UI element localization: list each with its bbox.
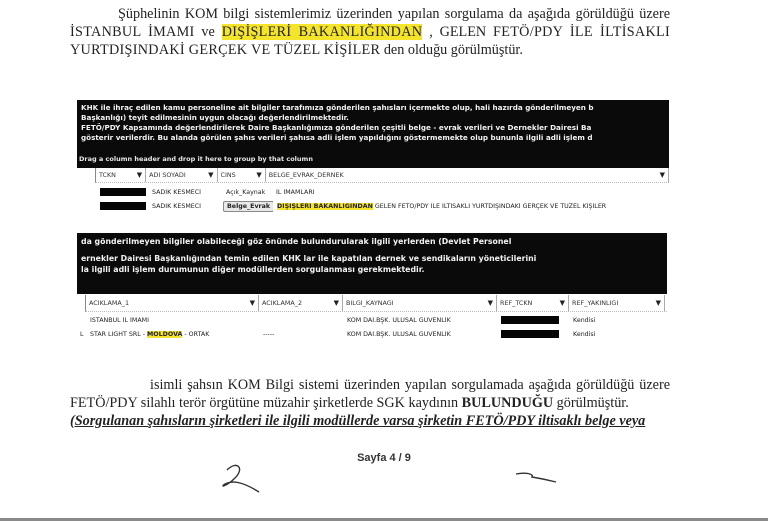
notice-box-1: KHK ile ihraç edilen kamu personeline ai… [77,100,669,168]
para1-text-b: ve [195,24,222,40]
column-header-tckn[interactable]: TCKN▼ [96,168,146,182]
table-row[interactable]: İSTANBUL İL İMAMI KOM DAİ.BŞK. ULUSAL GÜ… [77,313,667,327]
cell-aciklama-1: İSTANBUL İL İMAMI [87,317,260,324]
filter-icon[interactable]: ▼ [560,295,565,311]
column-header-cins[interactable]: CINS▼ [218,168,266,182]
table-row[interactable]: L STAR LIGHT SRL - MOLDOVA - ORTAK -----… [77,327,667,341]
notice-line: da gönderilmeyen bilgiler olabileceği gö… [81,236,663,247]
notice-line: gösterir verilerdir. Bu alanda görülen ş… [81,133,665,143]
table-row[interactable]: SADIK KESMECİ Belge_Evrak DIŞİŞLERİ BAKA… [97,199,669,213]
table-row[interactable]: SADIK KESMECİ Açık_Kaynak İL İMAMLARI [97,185,669,199]
cell-ref-tckn [498,330,570,338]
cell-tckn [97,188,149,196]
redaction-bar [501,330,559,338]
para1-highlight: DIŞİŞLERİ BAKANLIĞINDAN [222,24,423,40]
cell-ref-yakinligi: Kendisi [570,331,666,338]
notice-line: ernekler Dairesi Başkanlığından temin ed… [81,253,663,264]
result-paragraph: isimli şahsın KOM Bilgi sistemi üzerinde… [70,376,670,430]
column-header-bilgi-kaynagi[interactable]: BILGI_KAYNAGI▼ [343,295,497,311]
cell-cins: Açık_Kaynak [223,189,273,196]
notice-line: FETÖ/PDY Kapsamında değerlendirilerek Da… [81,123,665,133]
cell-bilgi-kaynagi: KOM DAİ.BŞK. ULUSAL GÜVENLİK [344,331,498,338]
filter-icon[interactable]: ▼ [250,295,255,311]
para1-caps-a: İSTANBUL İMAMI [70,24,195,40]
intro-paragraph: Şüphelinin KOM bilgi sistemlerimiz üzeri… [70,5,670,59]
column-header-ref-yakinligi[interactable]: REF_YAKINLIGI▼ [569,295,665,311]
column-header-ref-tckn[interactable]: REF_TCKN▼ [497,295,569,311]
cell-adi-soyadi: SADIK KESMECİ [149,203,223,210]
notice-line: KHK ile ihraç edilen kamu personeline ai… [81,103,665,113]
para2-bold: BULUNDUĞU [462,395,553,411]
cell-ref-tckn [498,316,570,324]
cell-bilgi-kaynagi: KOM DAİ.BŞK. ULUSAL GÜVENLİK [344,317,498,324]
results-grid-1: TCKN▼ ADI SOYADI▼ CINS▼ BELGE_EVRAK_DERN… [77,168,669,213]
page-number: Sayfa 4 / 9 [0,452,768,464]
cell-belge: İL İMAMLARI [273,189,315,196]
filter-icon[interactable]: ▼ [208,168,213,182]
cell-adi-soyadi: SADIK KESMECİ [149,189,223,196]
filter-icon[interactable]: ▼ [334,295,339,311]
redaction-bar [100,188,146,196]
cell-ref-yakinligi: Kendisi [570,317,666,324]
para1-lead: Şüphelinin [118,6,179,22]
signature-mark-right [512,468,562,488]
grid-header-1: TCKN▼ ADI SOYADI▼ CINS▼ BELGE_EVRAK_DERN… [95,168,669,183]
filter-icon[interactable]: ▼ [488,295,493,311]
column-header-adi-soyadi[interactable]: ADI SOYADI▼ [146,168,217,182]
group-by-hint[interactable]: Drag a column header and drop it here to… [79,154,313,164]
cell-aciklama-1: STAR LIGHT SRL - MOLDOVA - ORTAK [87,331,260,338]
cell-belge: DIŞİŞLERİ BAKANLIĞINDAN GELEN FETÖ/PDY İ… [273,203,606,210]
kom-query-screenshot-2: da gönderilmeyen bilgiler olabileceği gö… [77,233,667,351]
notice-box-2: da gönderilmeyen bilgiler olabileceği gö… [77,233,667,294]
results-grid-2: ACIKLAMA_1▼ ACIKLAMA_2▼ BILGI_KAYNAGI▼ R… [77,295,667,341]
redaction-bar [501,316,559,324]
kom-query-screenshot-1: KHK ile ihraç edilen kamu personeline ai… [77,100,669,228]
notice-line: Başkanlığı) teyit edilmesinin uygun olac… [81,113,665,123]
row-indicator: L [77,331,87,338]
para1-text-c: , GELEN [422,24,493,40]
filter-icon[interactable]: ▼ [256,168,261,182]
column-header-belge-evrak-dernek[interactable]: BELGE_EVRAK_DERNEK▼ [266,168,669,182]
para1-text-a: KOM bilgi sistemlerimiz üzerinden yapıla… [179,6,670,22]
filter-icon[interactable]: ▼ [137,168,142,182]
filter-icon[interactable]: ▼ [656,295,661,311]
para1-text-d: den olduğu görülmüştür. [380,42,523,58]
signature-mark-left [215,460,265,496]
cell-aciklama-2: ----- [260,331,344,338]
notice-line: la ilgili adli işlem durumunun diğer mod… [81,264,663,275]
redaction-bar [100,202,146,210]
filter-icon[interactable]: ▼ [660,168,665,182]
cell-tckn [97,202,149,210]
cell-cins: Belge_Evrak [223,201,273,212]
column-header-aciklama-2[interactable]: ACIKLAMA_2▼ [259,295,343,311]
grid-header-2: ACIKLAMA_1▼ ACIKLAMA_2▼ BILGI_KAYNAGI▼ R… [85,295,667,312]
para2-text-b: görülmüştür. [553,395,629,411]
para2-underlined-note: (Sorgulanan şahısların şirketleri ile il… [70,412,670,430]
column-header-aciklama-1[interactable]: ACIKLAMA_1▼ [86,295,259,311]
cins-chip[interactable]: Belge_Evrak [223,201,273,212]
